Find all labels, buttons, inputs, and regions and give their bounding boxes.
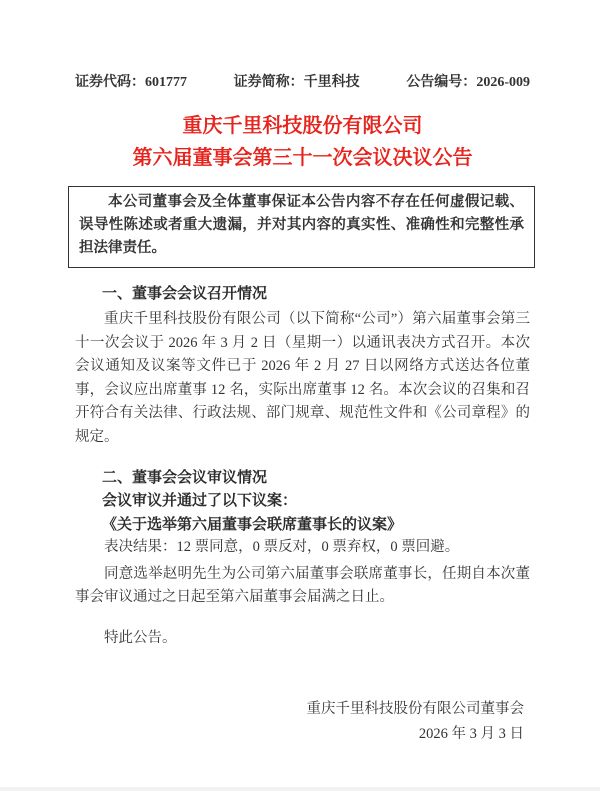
- disclaimer-text: 本公司董事会及全体董事保证本公告内容不存在任何虚假记载、误导性陈述或者重大遗漏，…: [79, 191, 524, 260]
- stock-name-label: 证券简称：: [234, 75, 304, 90]
- proposal-title: 《关于选举第六届董事会联席董事长的议案》: [75, 513, 530, 537]
- announcement-number: 公告编号：2026-009: [406, 71, 530, 91]
- page-bottom-edge: [0, 787, 600, 791]
- disclaimer-box: 本公司董事会及全体董事保证本公告内容不存在任何虚假记载、误导性陈述或者重大遗漏，…: [68, 186, 535, 268]
- section1-paragraph: 重庆千里科技股份有限公司（以下简称“公司”）第六届董事会第三十一次会议于 202…: [75, 308, 530, 449]
- announcement-title: 第六届董事会第三十一次会议决议公告: [75, 142, 530, 174]
- announcement-number-value: 2026-009: [476, 75, 530, 90]
- section2-heading: 二、董事会会议审议情况: [75, 466, 530, 489]
- stock-code-label: 证券代码：: [75, 75, 145, 90]
- document-content: 证券代码：601777 证券简称：千里科技 公告编号：2026-009 重庆千里…: [0, 0, 600, 747]
- resolution-text: 同意选举赵明先生为公司第六届董事会联席董事长，任期自本次董事会审议通过之日起至第…: [75, 563, 530, 610]
- announcement-number-label: 公告编号：: [406, 75, 476, 90]
- signature-company: 重庆千里科技股份有限公司董事会: [75, 697, 524, 722]
- stock-code-value: 601777: [145, 75, 187, 90]
- vote-result: 表决结果：12 票同意，0 票反对，0 票弃权，0 票回避。: [75, 536, 530, 560]
- section1-heading: 一、董事会会议召开情况: [75, 282, 530, 305]
- announcement-document: 证券代码：601777 证券简称：千里科技 公告编号：2026-009 重庆千里…: [0, 0, 600, 791]
- signature-date: 2026 年 3 月 3 日: [75, 722, 524, 747]
- company-name-title: 重庆千里科技股份有限公司: [75, 110, 530, 142]
- section2-intro: 会议审议并通过了以下议案：: [75, 489, 530, 513]
- signature-block: 重庆千里科技股份有限公司董事会 2026 年 3 月 3 日: [75, 697, 530, 747]
- document-header: 证券代码：601777 证券简称：千里科技 公告编号：2026-009: [75, 71, 530, 91]
- stock-code: 证券代码：601777: [75, 71, 187, 91]
- stock-name-value: 千里科技: [304, 75, 360, 90]
- closing-statement: 特此公告。: [75, 627, 530, 651]
- document-title: 重庆千里科技股份有限公司 第六届董事会第三十一次会议决议公告: [75, 110, 530, 174]
- stock-name: 证券简称：千里科技: [234, 71, 360, 91]
